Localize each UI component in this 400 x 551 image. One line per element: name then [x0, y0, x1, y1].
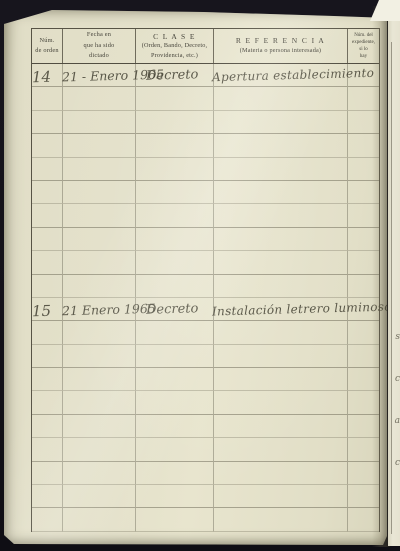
table-cell	[32, 345, 63, 368]
table-cell	[214, 391, 348, 414]
table-row	[32, 204, 379, 227]
table-cell	[214, 158, 348, 181]
table-cell	[214, 462, 348, 485]
table-cell	[32, 438, 63, 461]
table-cell	[63, 111, 136, 134]
table-cell	[32, 298, 63, 321]
table-cell	[63, 298, 136, 321]
column-subtitle: Núm. de orden	[32, 36, 62, 57]
table-cell	[214, 204, 348, 227]
registry-page: Núm. de ordenFecha en que ha sido dictad…	[4, 8, 387, 545]
table-cell	[32, 87, 63, 110]
table-cell	[63, 391, 136, 414]
column-header-clase: C L A S E(Orden, Bando, Decreto, Provide…	[136, 29, 214, 63]
table-row	[32, 111, 379, 134]
next-page-corner	[370, 0, 400, 21]
table-cell	[32, 391, 63, 414]
table-cell	[136, 181, 214, 204]
table-cell	[32, 321, 63, 344]
table-row	[32, 485, 379, 508]
column-header-fecha: Fecha en que ha sido dictado	[63, 29, 136, 63]
table-row	[32, 345, 379, 368]
table-cell	[63, 345, 136, 368]
registry-table: Núm. de ordenFecha en que ha sido dictad…	[31, 28, 380, 532]
edge-fragment: c	[395, 374, 400, 384]
table-row	[32, 438, 379, 461]
table-cell	[214, 415, 348, 438]
table-row	[32, 158, 379, 181]
table-cell	[63, 87, 136, 110]
column-subtitle: Fecha en que ha sido dictado	[63, 30, 135, 61]
table-cell	[214, 485, 348, 508]
table-row	[32, 87, 379, 110]
table-cell	[32, 251, 63, 274]
table-row	[32, 508, 379, 531]
table-cell	[136, 438, 214, 461]
table-cell	[214, 111, 348, 134]
table-row	[32, 298, 379, 321]
column-subtitle: (Materia o persona interesada)	[214, 46, 347, 56]
table-cell	[136, 298, 214, 321]
table-cell	[214, 298, 348, 321]
table-cell	[214, 228, 348, 251]
table-cell	[214, 345, 348, 368]
table-cell	[63, 158, 136, 181]
table-cell	[136, 111, 214, 134]
table-cell	[63, 64, 136, 87]
next-page-rule-line	[391, 42, 392, 534]
table-cell	[214, 87, 348, 110]
table-cell	[32, 204, 63, 227]
table-cell	[136, 228, 214, 251]
table-cell	[136, 158, 214, 181]
table-cell	[63, 415, 136, 438]
table-cell	[63, 462, 136, 485]
table-cell	[32, 415, 63, 438]
edge-fragment: c	[395, 458, 400, 468]
table-cell	[63, 181, 136, 204]
table-cell	[63, 321, 136, 344]
table-cell	[136, 415, 214, 438]
column-title: C L A S E	[136, 32, 213, 42]
next-page-edge: scac	[388, 0, 400, 546]
table-cell	[136, 134, 214, 157]
table-cell	[32, 508, 63, 531]
table-cell	[32, 64, 63, 87]
table-row	[32, 368, 379, 391]
table-body	[32, 64, 379, 532]
column-title: R E F E R E N C I A	[214, 36, 347, 46]
table-cell	[214, 508, 348, 531]
table-cell	[136, 462, 214, 485]
table-cell	[136, 321, 214, 344]
table-cell	[136, 204, 214, 227]
edge-fragment: s	[395, 332, 400, 342]
table-cell	[136, 64, 214, 87]
table-cell	[63, 508, 136, 531]
table-cell	[32, 158, 63, 181]
table-cell	[214, 251, 348, 274]
table-cell	[32, 462, 63, 485]
table-cell	[136, 391, 214, 414]
column-header-num-orden: Núm. de orden	[32, 29, 63, 63]
table-row	[32, 462, 379, 485]
table-row	[32, 181, 379, 204]
table-row	[32, 391, 379, 414]
table-cell	[214, 368, 348, 391]
table-cell	[214, 181, 348, 204]
table-cell	[32, 485, 63, 508]
table-cell	[32, 275, 63, 298]
table-cell	[214, 438, 348, 461]
table-cell	[32, 111, 63, 134]
table-row	[32, 228, 379, 251]
table-cell	[136, 275, 214, 298]
table-cell	[136, 368, 214, 391]
table-cell	[32, 181, 63, 204]
edge-fragment: a	[395, 416, 400, 426]
table-cell	[136, 485, 214, 508]
table-cell	[63, 228, 136, 251]
table-cell	[63, 204, 136, 227]
table-cell	[32, 368, 63, 391]
table-cell	[214, 275, 348, 298]
table-header-row: Núm. de ordenFecha en que ha sido dictad…	[32, 29, 379, 64]
table-cell	[136, 345, 214, 368]
table-row	[32, 134, 379, 157]
table-row	[32, 275, 379, 298]
table-cell	[63, 275, 136, 298]
table-cell	[136, 87, 214, 110]
table-row	[32, 321, 379, 344]
table-row	[32, 251, 379, 274]
table-cell	[32, 134, 63, 157]
table-row	[32, 64, 379, 87]
table-row	[32, 415, 379, 438]
table-cell	[63, 251, 136, 274]
table-cell	[214, 321, 348, 344]
table-cell	[214, 64, 348, 87]
table-cell	[214, 134, 348, 157]
table-cell	[32, 228, 63, 251]
column-subtitle: (Orden, Bando, Decreto, Providencia, etc…	[136, 41, 213, 60]
table-cell	[136, 251, 214, 274]
column-header-referencia: R E F E R E N C I A(Materia o persona in…	[214, 29, 348, 63]
table-cell	[63, 438, 136, 461]
table-cell	[63, 368, 136, 391]
table-cell	[63, 134, 136, 157]
table-cell	[63, 485, 136, 508]
table-cell	[136, 508, 214, 531]
